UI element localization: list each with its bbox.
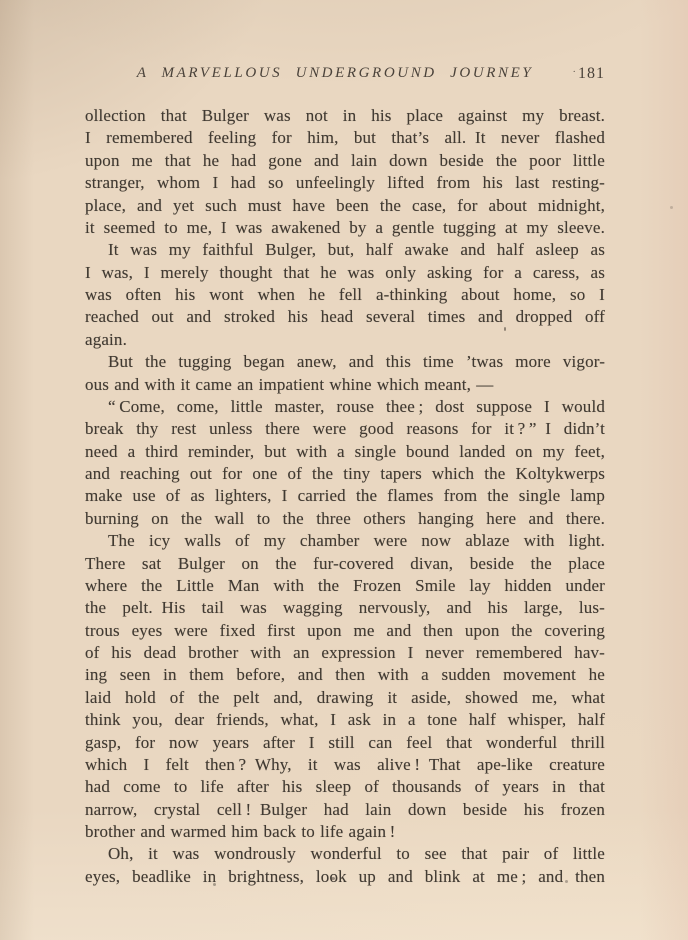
- text-line: and reaching out for one of the tiny tap…: [85, 463, 605, 485]
- text-line: ollection that Bulger was not in his pla…: [85, 105, 605, 127]
- text-line: make use of as lighters, I carried the f…: [85, 485, 605, 507]
- text-line: Oh, it was wondrously wonderful to see t…: [85, 843, 605, 865]
- text-line: eyes, beadlike in brightness, look up an…: [85, 866, 605, 888]
- text-line: had come to life after his sleep of thou…: [85, 776, 605, 798]
- text-line: I was, I merely thought that he was only…: [85, 262, 605, 284]
- folio-digits: 181: [578, 65, 605, 82]
- text-line: was often his wont when he fell a-thinki…: [85, 284, 605, 306]
- text-line: gasp, for now years after I still can fe…: [85, 732, 605, 754]
- ink-speck: [670, 206, 673, 209]
- folio-mark: ·: [572, 66, 577, 78]
- text-line: ing seen in them before, and then with a…: [85, 664, 605, 686]
- page-number: ·181: [572, 65, 605, 83]
- text-line: again.: [85, 329, 605, 351]
- text-line: of his dead brother with an expression I…: [85, 642, 605, 664]
- text-line: trous eyes were fixed first upon me and …: [85, 620, 605, 642]
- text-line: “ Come, come, little master, rouse thee …: [85, 396, 605, 418]
- text-line: need a third reminder, but with a single…: [85, 441, 605, 463]
- text-line: But the tugging began anew, and this tim…: [85, 351, 605, 373]
- text-line: There sat Bulger on the fur-covered diva…: [85, 553, 605, 575]
- text-line: The icy walls of my chamber were now abl…: [85, 530, 605, 552]
- text-line: break thy rest unless there were good re…: [85, 418, 605, 440]
- body-text: ollection that Bulger was not in his pla…: [85, 105, 605, 888]
- text-line: where the Little Man with the Frozen Smi…: [85, 575, 605, 597]
- text-line: stranger, whom I had so unfeelingly lift…: [85, 172, 605, 194]
- text-line: place, and yet such must have been the c…: [85, 195, 605, 217]
- text-line: the pelt. His tail was wagging nervously…: [85, 597, 605, 619]
- text-line: laid hold of the pelt and, drawing it as…: [85, 687, 605, 709]
- running-header: A MARVELLOUS UNDERGROUND JOURNEY ·181: [85, 65, 605, 87]
- text-line: burning on the wall to the three others …: [85, 508, 605, 530]
- book-page: A MARVELLOUS UNDERGROUND JOURNEY ·181 ol…: [0, 0, 688, 940]
- text-line: which I felt then ? Why, it was alive ! …: [85, 754, 605, 776]
- text-line: it seemed to me, I was awakened by a gen…: [85, 217, 605, 239]
- text-line: brother and warmed him back to life agai…: [85, 821, 605, 843]
- text-line: I remembered feeling for him, but that’s…: [85, 127, 605, 149]
- text-line: think you, dear friends, what, I ask in …: [85, 709, 605, 731]
- chapter-title: A MARVELLOUS UNDERGROUND JOURNEY: [75, 65, 595, 82]
- text-line: ous and with it came an impatient whine …: [85, 374, 605, 396]
- text-line: It was my faithful Bulger, but, half awa…: [85, 239, 605, 261]
- text-line: upon me that he had gone and lain down b…: [85, 150, 605, 172]
- text-line: narrow, crystal cell ! Bulger had lain d…: [85, 799, 605, 821]
- text-line: reached out and stroked his head several…: [85, 306, 605, 328]
